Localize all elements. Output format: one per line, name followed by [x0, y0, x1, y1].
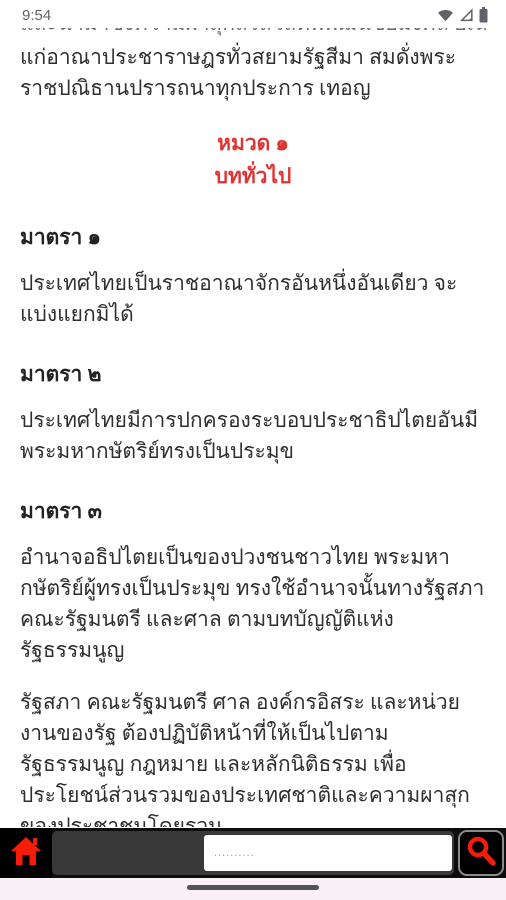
section-paragraph: รัฐสภา คณะรัฐมนตรี ศาล องค์กรอิสระ และหน…: [20, 687, 486, 827]
status-icon-group: [437, 7, 488, 23]
section-heading-matra-1: มาตรา ๑: [20, 222, 486, 253]
search-button[interactable]: [458, 830, 504, 876]
chapter-title: หมวด ๑: [20, 127, 486, 160]
preamble-paragraph: แก่อาณาประชาราษฎรทั่วสยามรัฐสีมา สมดั่งพ…: [20, 42, 486, 104]
section-paragraph: ประเทศไทยเป็นราชอาณาจักรอันหนึ่งอันเดียว…: [20, 268, 486, 330]
magnifier-icon: [465, 835, 497, 872]
toolbar-search-area: [52, 831, 454, 875]
bottom-toolbar: [0, 828, 506, 878]
wifi-icon: [437, 8, 454, 22]
chapter-heading: หมวด ๑ บททั่วไป: [20, 127, 486, 193]
status-bar: 9:54: [0, 0, 506, 28]
section-heading-matra-2: มาตรา ๒: [20, 359, 486, 390]
chapter-subtitle: บททั่วไป: [20, 160, 486, 193]
app-screen: 9:54 และนำมาซึ่งความผาสุกสิริสวัสดิ์พิพั…: [0, 0, 506, 900]
gesture-navigation-bar[interactable]: [187, 885, 319, 890]
section-paragraph: อำนาจอธิปไตยเป็นของปวงชนชาวไทย พระมหากษั…: [20, 542, 486, 666]
bottom-system-strip: [0, 878, 506, 900]
home-icon: [9, 835, 43, 872]
search-input[interactable]: [204, 835, 452, 871]
cellular-signal-icon: [459, 8, 474, 22]
battery-icon: [479, 7, 488, 23]
document-scroll-area[interactable]: และนำมาซึ่งความผาสุกสิริสวัสดิ์พิพัฒนชัย…: [0, 28, 506, 827]
status-time: 9:54: [22, 7, 51, 24]
section-heading-matra-3: มาตรา ๓: [20, 496, 486, 527]
section-paragraph: ประเทศไทยมีการปกครองระบอบประชาธิปไตยอันม…: [20, 405, 486, 467]
home-button[interactable]: [0, 828, 52, 878]
clipped-text-line: และนำมาซึ่งความผาสุกสิริสวัสดิ์พิพัฒนชัย…: [20, 28, 486, 39]
